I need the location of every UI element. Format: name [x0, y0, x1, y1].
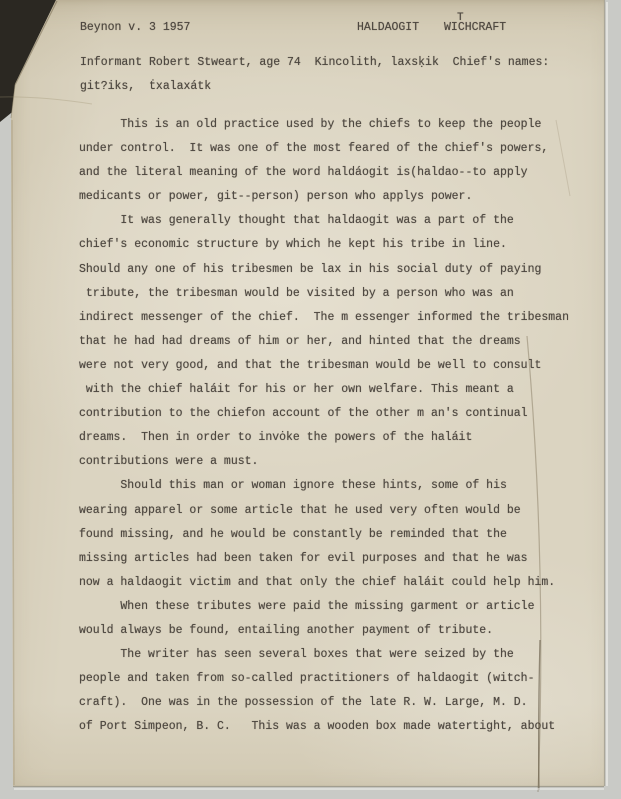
informant-note: Informant Robert Stweart, age 74 Kincoli…	[80, 51, 549, 99]
witchcraft-word: WITCHCRAFT	[444, 16, 506, 40]
scanned-document: Beynon v. 3 1957 HALDAOGIT WITCHCRAFT In…	[0, 0, 621, 799]
inserted-letter-t: T	[457, 6, 464, 30]
header-title-witchcraft: WITCHCRAFT	[444, 16, 506, 40]
header-title-haldaogit: HALDAOGIT	[357, 16, 419, 40]
body-text: This is an old practice used by the chie…	[79, 113, 569, 739]
witchcraft-post: CHCRAFT	[458, 21, 506, 34]
header-source-note: Beynon v. 3 1957	[80, 16, 190, 40]
witchcraft-pre: WI	[444, 21, 458, 34]
